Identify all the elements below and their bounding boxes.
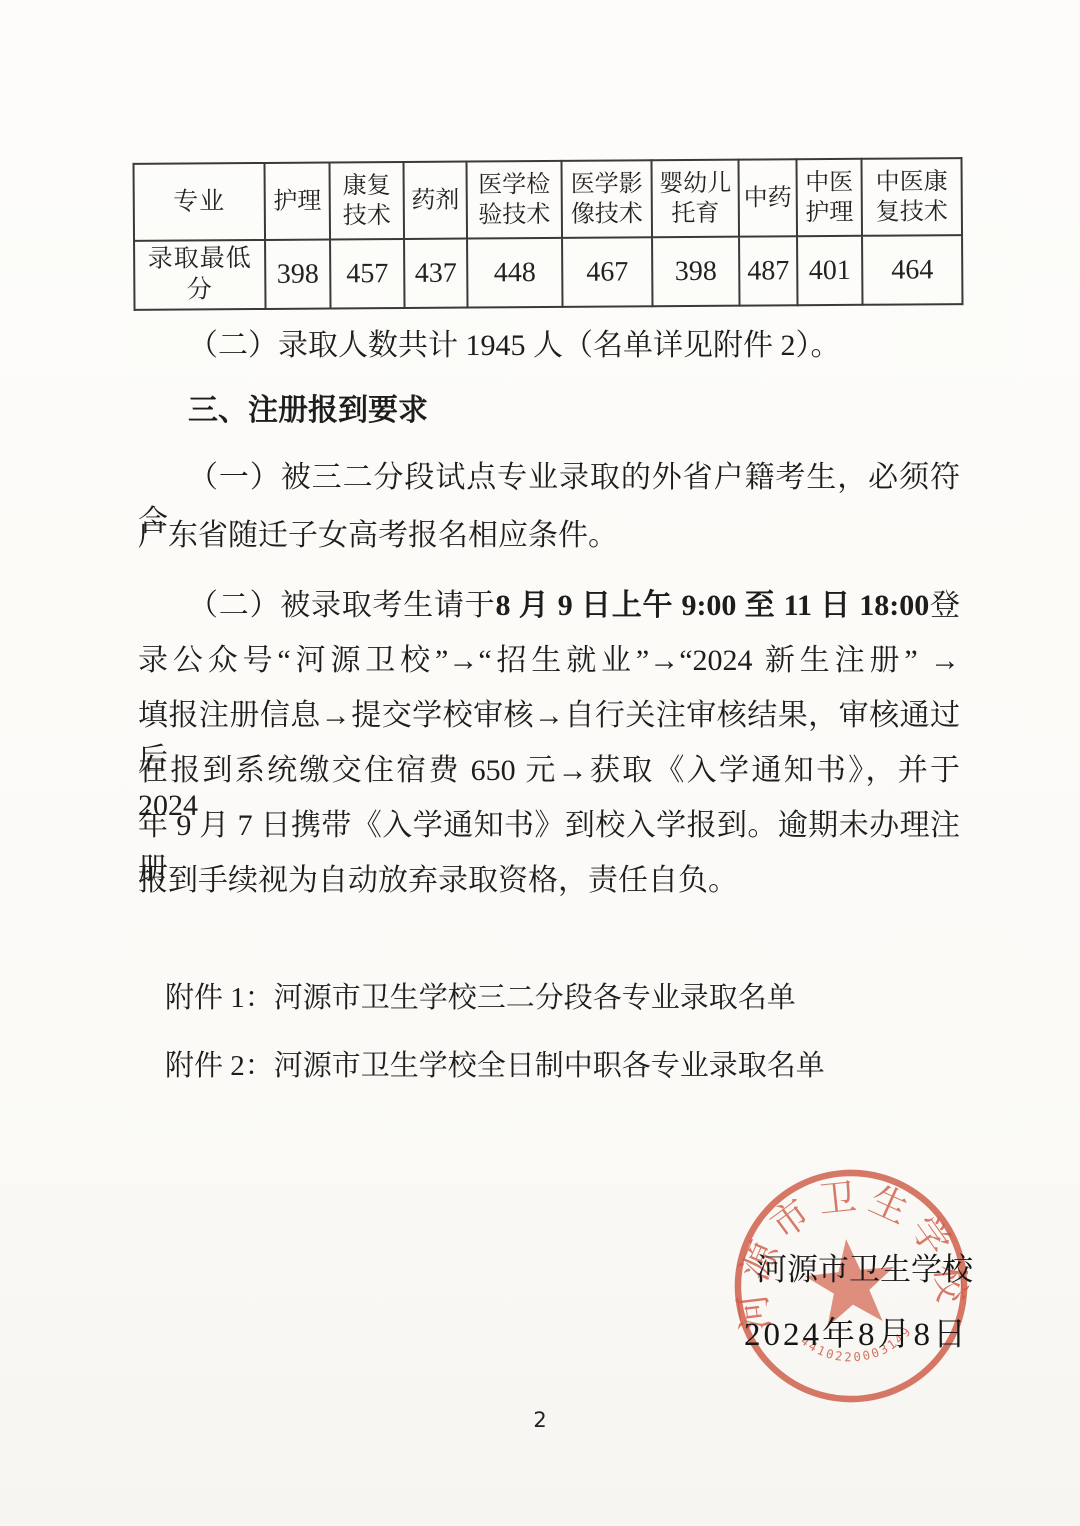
score-cell: 398: [652, 237, 739, 306]
score-cell: 464: [862, 235, 962, 304]
score-cell: 437: [404, 239, 467, 308]
paragraph2-line: 录公众号“河源卫校”→“招生就业”→“2024 新生注册” →: [138, 635, 960, 679]
table-header-cell: 康复技术: [329, 162, 404, 240]
table-header-cell: 护理: [264, 163, 330, 240]
table-header-cell: 医学检验技术: [466, 161, 562, 239]
attachment-2: 附件 2：河源市卫生学校全日制中职各专业录取名单: [165, 1043, 965, 1084]
signature-org: 河源市卫生学校: [756, 1244, 973, 1289]
paragraph1-line: 广东省随迁子女高考报名相应条件。: [138, 510, 960, 554]
score-cell: 398: [265, 240, 330, 309]
table-header-cell: 医学影像技术: [561, 160, 652, 238]
signature-date: 2024年8月8日: [744, 1308, 969, 1355]
table-header-row: 专业 护理 康复技术 药剂 医学检验技术 医学影像技术 婴幼儿托育 中药 中医护…: [134, 158, 963, 241]
paragraph2-line: 报到手续视为自动放弃录取资格，责任自负。: [138, 855, 960, 899]
paragraph2-text: 登: [929, 589, 960, 622]
score-cell: 457: [330, 239, 404, 308]
page-number: 2: [0, 1408, 1080, 1432]
document-page: 专业 护理 康复技术 药剂 医学检验技术 医学影像技术 婴幼儿托育 中药 中医护…: [0, 0, 1080, 1526]
attachment-1: 附件 1：河源市卫生学校三二分段各专业录取名单: [165, 975, 965, 1016]
section-heading: 三、注册报到要求: [138, 385, 960, 429]
table-header-cell: 中医康复技术: [861, 158, 962, 236]
score-cell: 401: [797, 236, 862, 305]
admission-count-line: （二）录取人数共计 1945 人（名单详见附件 2）。: [138, 320, 960, 364]
table-header-cell: 专业: [134, 163, 266, 241]
admission-score-table: 专业 护理 康复技术 药剂 医学检验技术 医学影像技术 婴幼儿托育 中药 中医护…: [132, 157, 963, 310]
paragraph2-line: （二）被录取考生请于8 月 9 日上午 9:00 至 11 日 18:00登: [138, 580, 960, 624]
paragraph2-text: （二）被录取考生请于: [188, 589, 495, 622]
table-header-cell: 中药: [738, 159, 797, 236]
score-cell: 448: [467, 238, 562, 307]
table-header-cell: 药剂: [403, 162, 467, 239]
table-header-cell: 中医护理: [796, 159, 862, 236]
table-row: 录取最低分 398 457 437 448 467 398 487 401 46…: [134, 235, 962, 309]
table-header-cell: 婴幼儿托育: [651, 160, 739, 238]
score-cell: 487: [739, 236, 797, 305]
score-cell: 467: [562, 237, 652, 306]
deadline-text: 8 月 9 日上午 9:00 至 11 日 18:00: [495, 589, 929, 622]
row-label-cell: 录取最低分: [134, 240, 265, 309]
